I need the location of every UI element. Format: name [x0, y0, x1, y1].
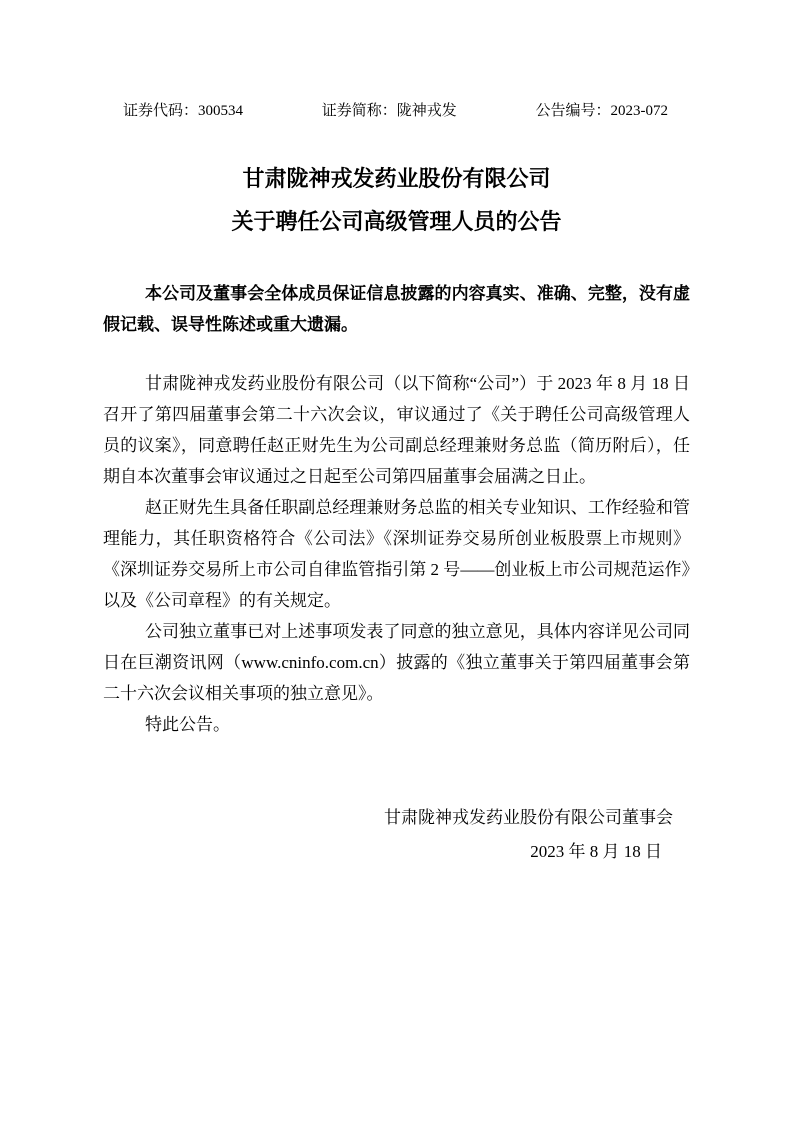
stock-abbr: 证券简称：陇神戎发	[322, 102, 457, 121]
announcement-number: 公告编号：2023-072	[536, 102, 669, 121]
paragraph-qualification: 赵正财先生具备任职副总经理兼财务总监的相关专业知识、工作经验和管理能力，其任职资…	[103, 492, 690, 616]
company-name-title: 甘肃陇神戎发药业股份有限公司	[103, 157, 690, 200]
paragraph-board-resolution: 甘肃陇神戎发药业股份有限公司（以下简称“公司”）于 2023 年 8 月 18 …	[103, 368, 690, 492]
document-header: 证券代码：300534 证券简称：陇神戎发 公告编号：2023-072	[123, 102, 668, 121]
signature-company: 甘肃陇神戎发药业股份有限公司董事会	[103, 802, 690, 833]
paragraph-independent-opinion: 公司独立董事已对上述事项发表了同意的独立意见，具体内容详见公司同日在巨潮资讯网（…	[103, 616, 690, 709]
signature-date: 2023 年 8 月 18 日	[103, 836, 690, 867]
disclaimer-paragraph: 本公司及董事会全体成员保证信息披露的内容真实、准确、完整，没有虚假记载、误导性陈…	[103, 278, 690, 340]
announcement-subject-title: 关于聘任公司高级管理人员的公告	[103, 200, 690, 243]
announcement-document: 证券代码：300534 证券简称：陇神戎发 公告编号：2023-072 甘肃陇神…	[0, 0, 793, 1122]
stock-code: 证券代码：300534	[123, 102, 243, 121]
closing-paragraph: 特此公告。	[103, 709, 690, 740]
